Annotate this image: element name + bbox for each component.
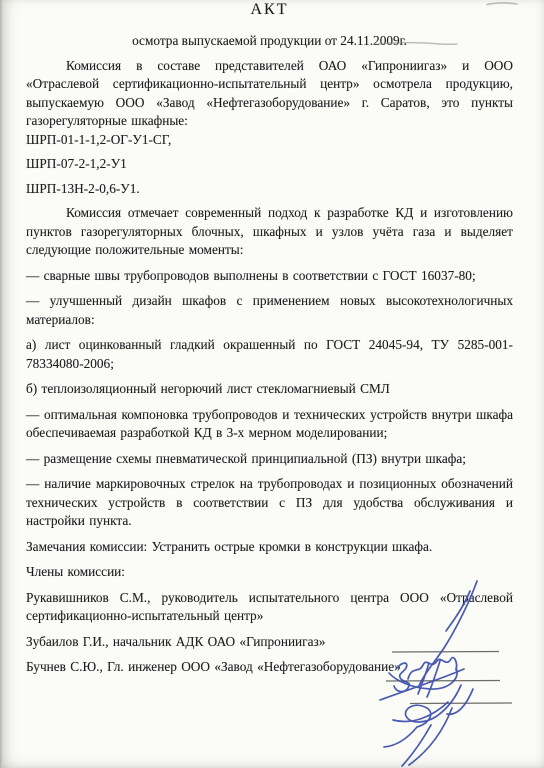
signature-stroke	[402, 725, 431, 766]
remarks-paragraph: Замечания комиссии: Устранить острые кро…	[26, 538, 513, 557]
point-welds: — сварные швы трубопроводов выполнены в …	[26, 267, 513, 286]
members-heading: Члены комиссии:	[26, 563, 513, 582]
product-code-2: ШРП-07-2-1,2-У1	[26, 155, 513, 174]
document-subtitle: осмотра выпускаемой продукции от 24.11.2…	[26, 32, 513, 51]
product-code-1: ШРП-01-1-1,2-ОГ-У1-СГ,	[26, 131, 513, 150]
assessment-paragraph: Комиссия отмечает современный подход к р…	[26, 204, 513, 260]
point-layout: — оптимальная компоновка трубопроводов и…	[26, 406, 513, 443]
point-design: — улучшенный дизайн шкафов с применением…	[26, 292, 513, 329]
scanned-act-page: АКТ осмотра выпускаемой продукции от 24.…	[0, 0, 544, 768]
signature-line	[410, 703, 512, 704]
document-body: АКТ осмотра выпускаемой продукции от 24.…	[26, 0, 513, 684]
signer-buchnev: Бучнев С.Ю., Гл. инженер ООО «Завод «Неф…	[26, 658, 513, 677]
signature-stroke	[405, 685, 461, 727]
signature-stroke	[409, 708, 452, 765]
point-sheet-a: а) лист оцинкованный гладкий окрашенный …	[26, 336, 513, 373]
document-title: АКТ	[26, 0, 513, 20]
point-sheet-b: б) теплоизоляционный негорючий лист стек…	[26, 380, 513, 399]
product-code-3: ШРП-13Н-2-0,6-У1.	[26, 180, 513, 199]
signature-stroke	[447, 689, 473, 714]
point-marking: — наличие маркировочных стрелок на трубо…	[26, 475, 513, 531]
signer-rukavishnikov: Рукавишников С.М., руководитель испытате…	[26, 589, 513, 626]
point-scheme: — размещение схемы пневматической принци…	[26, 450, 513, 469]
signature-stroke	[384, 727, 417, 747]
signer-zubailov: Зубаилов Г.И., начальник АДК ОАО «Гипрон…	[26, 633, 513, 652]
signature-stroke	[393, 702, 448, 721]
intro-paragraph: Комиссия в составе представителей ОАО «Г…	[26, 57, 513, 131]
